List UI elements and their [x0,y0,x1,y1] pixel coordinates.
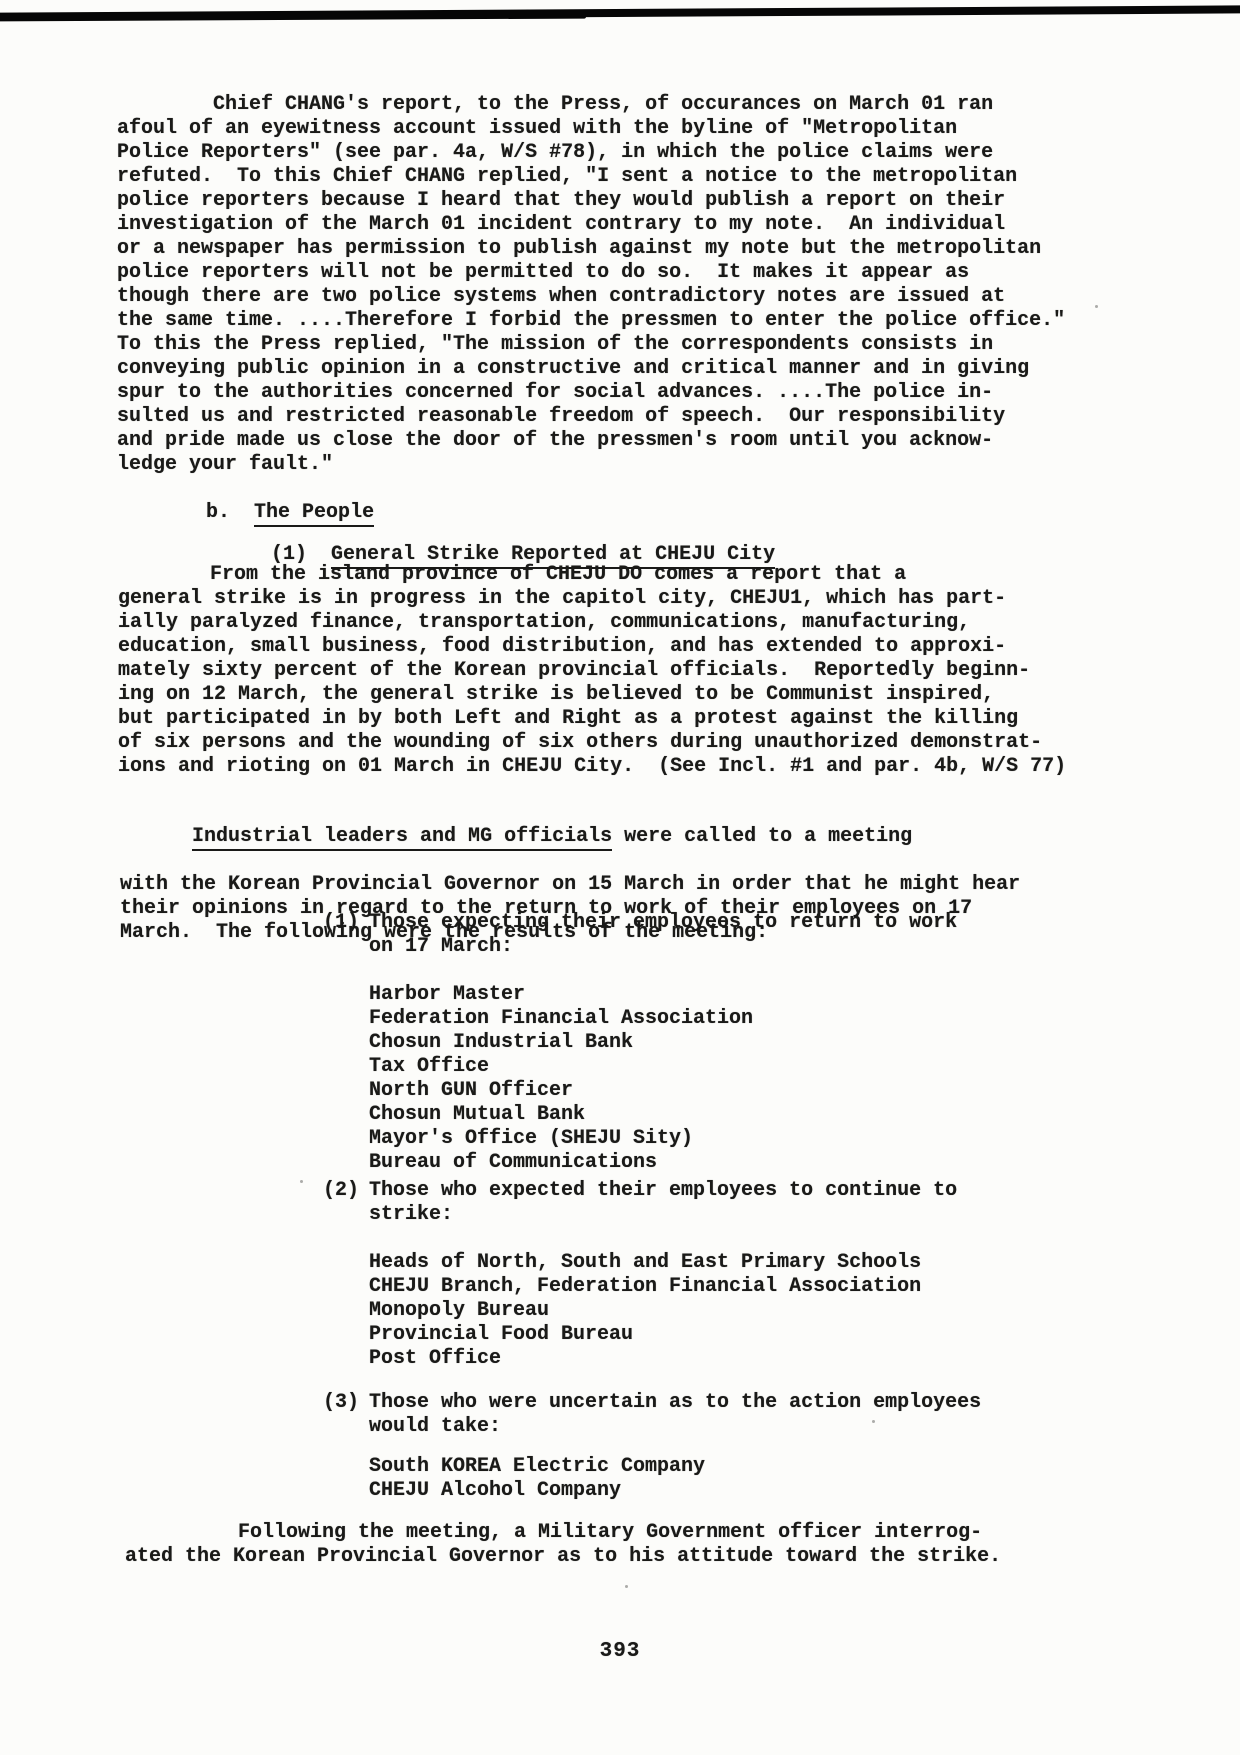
text-line: Those who expected their employees to co… [369,1179,957,1203]
text-line: or a newspaper has permission to publish… [117,237,1097,261]
item-body: Those who were uncertain as to the actio… [369,1391,981,1503]
list-item: CHEJU Branch, Federation Financial Assoc… [369,1275,957,1299]
item-number: (3) [323,1391,369,1415]
paragraph-closing: Following the meeting, a Military Govern… [143,1521,1143,1569]
text-line: From the island province of CHEJU DO com… [118,563,1118,587]
paragraph-press-report: Chief CHANG's report, to the Press, of o… [117,93,1097,477]
text-line: but participated in by both Left and Rig… [118,707,1118,731]
text-line: though there are two police systems when… [117,285,1097,309]
text-line: ially paralyzed finance, transportation,… [118,611,1118,635]
text-line: the same time. ....Therefore I forbid th… [117,309,1097,333]
text-line: with the Korean Provincial Governor on 1… [120,873,1120,897]
item-body: Those expecting their employees to retur… [369,911,957,1175]
text-line: sulted us and restricted reasonable free… [117,405,1097,429]
list-item: Chosun Mutual Bank [369,1103,957,1127]
list-item: Monopoly Bureau [369,1299,957,1323]
text-line: and pride made us close the door of the … [117,429,1097,453]
text-line: ledge your fault." [117,453,1097,477]
list-item: Mayor's Office (SHEJU Sity) [369,1127,957,1151]
list-item: North GUN Officer [369,1079,957,1103]
text-line: investigation of the March 01 incident c… [117,213,1097,237]
text-line: spur to the authorities concerned for so… [117,381,1097,405]
text-line: police reporters will not be permitted t… [117,261,1097,285]
text-line: Those who were uncertain as to the actio… [369,1391,981,1415]
organization-list: South KOREA Electric Company CHEJU Alcoh… [369,1455,981,1503]
numbered-item-1: (1) Those expecting their employees to r… [323,911,1103,1175]
text-line: education, small business, food distribu… [118,635,1118,659]
list-item: Heads of North, South and East Primary S… [369,1251,957,1275]
text-line: afoul of an eyewitness account issued wi… [117,117,1097,141]
list-item: Post Office [369,1347,957,1371]
paragraph-strike-report: From the island province of CHEJU DO com… [118,563,1118,779]
organization-list: Harbor Master Federation Financial Assoc… [369,983,957,1175]
text-line: general strike is in progress in the cap… [118,587,1118,611]
text-line: ated the Korean Provincial Governor as t… [125,1545,1143,1569]
item-body: Those who expected their employees to co… [369,1179,957,1371]
text-line: would take: [369,1415,981,1439]
organization-list: Heads of North, South and East Primary S… [369,1251,957,1371]
text-line: conveying public opinion in a constructi… [117,357,1097,381]
list-item: Chosun Industrial Bank [369,1031,957,1055]
text-line: Chief CHANG's report, to the Press, of o… [117,93,1097,117]
text-line: ing on 12 March, the general strike is b… [118,683,1118,707]
list-item: Tax Office [369,1055,957,1079]
list-item: Provincial Food Bureau [369,1323,957,1347]
list-item: Federation Financial Association [369,1007,957,1031]
list-item: Harbor Master [369,983,957,1007]
text-line: of six persons and the wounding of six o… [118,731,1118,755]
list-item: South KOREA Electric Company [369,1455,981,1479]
numbered-item-3: (3) Those who were uncertain as to the a… [323,1391,1103,1503]
text-line: on 17 March: [369,935,957,959]
list-item: Bureau of Communications [369,1151,957,1175]
text-line: police reporters because I heard that th… [117,189,1097,213]
paragraph-lead-underlined: Industrial leaders and MG officials [192,825,612,851]
paragraph-lead-rest: were called to a meeting [612,825,912,848]
text-line: Those expecting their employees to retur… [369,911,957,935]
text-line: Police Reporters" (see par. 4a, W/S #78)… [117,141,1097,165]
item-number: (2) [323,1179,369,1203]
text-line: ions and rioting on 01 March in CHEJU Ci… [118,755,1118,779]
scanned-document-page: Chief CHANG's report, to the Press, of o… [0,0,1240,1755]
page-number: 393 [0,1640,1240,1664]
text-line: Following the meeting, a Military Govern… [143,1521,1143,1545]
scan-speck [300,1180,303,1183]
list-item: CHEJU Alcohol Company [369,1479,981,1503]
item-number: (1) [323,911,369,935]
text-line: mately sixty percent of the Korean provi… [118,659,1118,683]
text-line: refuted. To this Chief CHANG replied, "I… [117,165,1097,189]
numbered-item-2: (2) Those who expected their employees t… [323,1179,1103,1371]
text-line: strike: [369,1203,957,1227]
text-line: To this the Press replied, "The mission … [117,333,1097,357]
scan-speck [625,1585,628,1588]
text-line: Industrial leaders and MG officials were… [120,801,1120,873]
